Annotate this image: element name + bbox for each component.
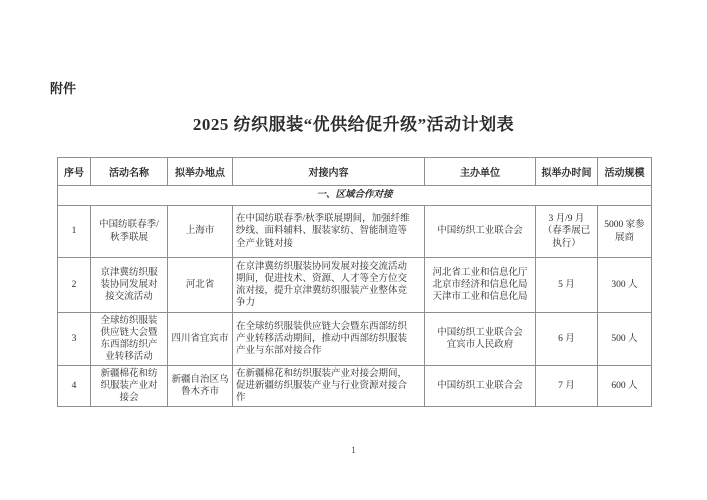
attachment-label: 附件 <box>50 78 76 97</box>
cell-location: 河北省 <box>168 258 233 313</box>
cell-scale: 600 人 <box>598 366 652 407</box>
cell-location: 新疆自治区乌 鲁木齐市 <box>168 366 233 407</box>
col-header-no: 序号 <box>58 158 91 186</box>
cell-no: 4 <box>58 366 91 407</box>
cell-organizer: 中国纺织工业联合会 <box>425 366 536 407</box>
cell-organizer: 河北省工业和信息化厅 北京市经济和信息化局 天津市工业和信息化局 <box>425 258 536 313</box>
document-page: 附件 2025 纺织服装“优供给促升级”活动计划表 序号 活动名称 拟举办地点 … <box>0 0 707 500</box>
cell-time: 6 月 <box>536 313 598 366</box>
cell-content: 在全球纺织服装供应链大会暨东西部纺织 产业转移活动期间，推动中西部纺织服装 产业… <box>233 313 425 366</box>
col-header-location: 拟举办地点 <box>168 158 233 186</box>
col-header-scale: 活动规模 <box>598 158 652 186</box>
cell-activity-name: 全球纺织服装 供应链大会暨 东西部纺织产 业转移活动 <box>91 313 168 366</box>
cell-scale: 300 人 <box>598 258 652 313</box>
cell-time: 3 月/9 月 （春季展已 执行） <box>536 206 598 258</box>
cell-activity-name: 新疆棉花和纺 织服装产业对 接会 <box>91 366 168 407</box>
cell-content: 在中国纺联春季/秋季联展期间，加强纤维 纱线、面料辅料、服装家纺、智能制造等 全… <box>233 206 425 258</box>
cell-organizer: 中国纺织工业联合会 宜宾市人民政府 <box>425 313 536 366</box>
cell-activity-name: 京津冀纺织服 装协同发展对 接交流活动 <box>91 258 168 313</box>
cell-content: 在新疆棉花和纺织服装产业对接会期间， 促进新疆纺织服装产业与行业资源对接合 作 <box>233 366 425 407</box>
page-number: 1 <box>0 445 707 455</box>
table-row: 1 中国纺联春季/ 秋季联展 上海市 在中国纺联春季/秋季联展期间，加强纤维 纱… <box>58 206 652 258</box>
table-row: 3 全球纺织服装 供应链大会暨 东西部纺织产 业转移活动 四川省宜宾市 在全球纺… <box>58 313 652 366</box>
table-row: 4 新疆棉花和纺 织服装产业对 接会 新疆自治区乌 鲁木齐市 在新疆棉花和纺织服… <box>58 366 652 407</box>
col-header-activity-name: 活动名称 <box>91 158 168 186</box>
cell-organizer: 中国纺织工业联合会 <box>425 206 536 258</box>
activity-plan-table: 序号 活动名称 拟举办地点 对接内容 主办单位 拟举办时间 活动规模 一、区域合… <box>57 157 652 407</box>
section-title: 一、区域合作对接 <box>58 186 652 206</box>
table-header-row: 序号 活动名称 拟举办地点 对接内容 主办单位 拟举办时间 活动规模 <box>58 158 652 186</box>
page-title: 2025 纺织服装“优供给促升级”活动计划表 <box>0 110 707 135</box>
cell-time: 5 月 <box>536 258 598 313</box>
cell-location: 上海市 <box>168 206 233 258</box>
table-row: 2 京津冀纺织服 装协同发展对 接交流活动 河北省 在京津冀纺织服装协同发展对接… <box>58 258 652 313</box>
cell-no: 2 <box>58 258 91 313</box>
col-header-time: 拟举办时间 <box>536 158 598 186</box>
cell-content: 在京津冀纺织服装协同发展对接交流活动 期间，促进技术、资源、人才等全方位交 流对… <box>233 258 425 313</box>
cell-scale: 5000 家参 展商 <box>598 206 652 258</box>
col-header-organizer: 主办单位 <box>425 158 536 186</box>
col-header-content: 对接内容 <box>233 158 425 186</box>
section-row: 一、区域合作对接 <box>58 186 652 206</box>
cell-time: 7 月 <box>536 366 598 407</box>
cell-activity-name: 中国纺联春季/ 秋季联展 <box>91 206 168 258</box>
cell-no: 3 <box>58 313 91 366</box>
cell-scale: 500 人 <box>598 313 652 366</box>
cell-location: 四川省宜宾市 <box>168 313 233 366</box>
cell-no: 1 <box>58 206 91 258</box>
